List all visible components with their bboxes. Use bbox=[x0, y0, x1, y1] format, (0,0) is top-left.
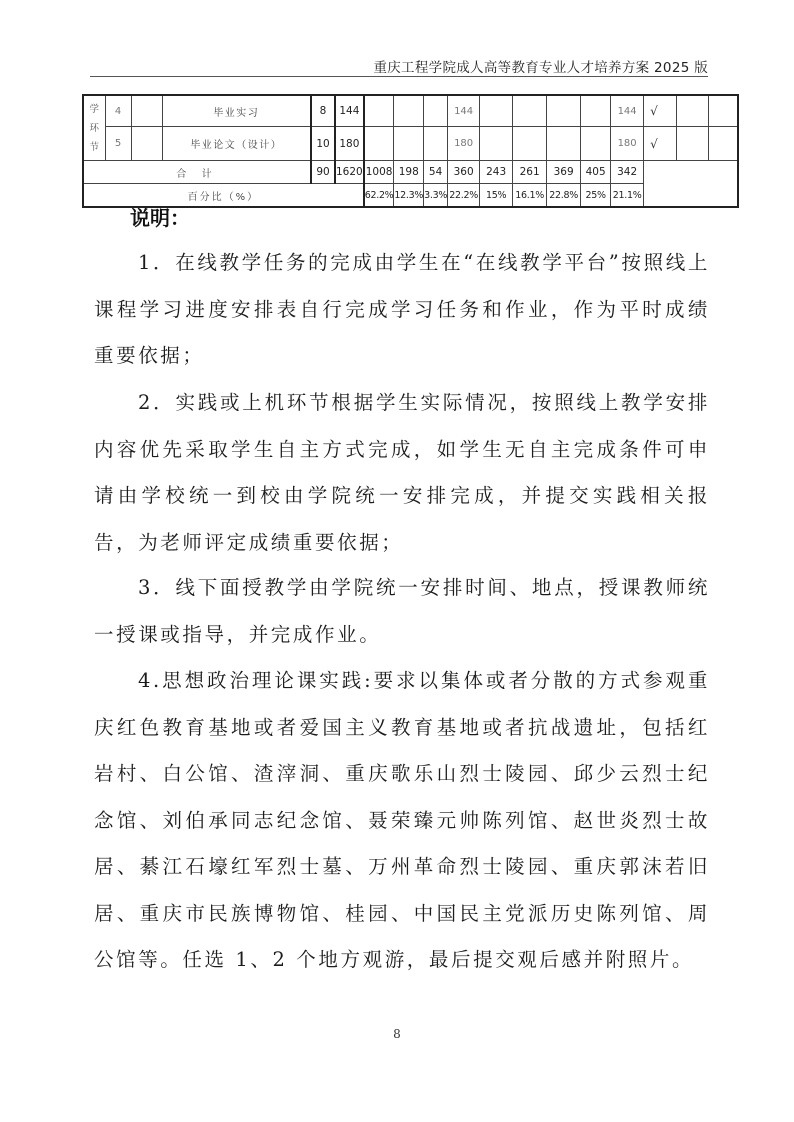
total-col-1: 1008 bbox=[364, 161, 394, 184]
extra-col-1 bbox=[677, 127, 709, 161]
percent-label: 百分比（%） bbox=[83, 184, 364, 208]
percent-col-1: 62.2% bbox=[364, 184, 394, 208]
category-char: 环 bbox=[84, 119, 105, 138]
hours-col-7 bbox=[547, 95, 581, 127]
category-char: 学 bbox=[84, 100, 105, 119]
category-cell: 学 环 节 bbox=[83, 95, 105, 161]
hours-col-2 bbox=[394, 95, 424, 127]
percent-col-9: 21.1% bbox=[611, 184, 644, 208]
hours-col-4: 144 bbox=[448, 95, 480, 127]
total-hours: 1620 bbox=[335, 161, 364, 184]
hours-col-7 bbox=[547, 127, 581, 161]
hours-col-1 bbox=[364, 127, 394, 161]
total-col-7: 369 bbox=[547, 161, 581, 184]
total-col-9: 342 bbox=[611, 161, 644, 184]
note-paragraph-4: 4.思想政治理论课实践:要求以集体或者分散的方式参观重庆红色教育基地或者爱国主义… bbox=[94, 658, 710, 984]
credits: 10 bbox=[311, 127, 335, 161]
hours-col-4: 180 bbox=[448, 127, 480, 161]
category-char: 节 bbox=[84, 138, 105, 157]
row-index: 4 bbox=[105, 95, 131, 127]
note-paragraph-1: 1．在线教学任务的完成由学生在“在线教学平台”按照线上课程学习进度安排表自行完成… bbox=[94, 240, 710, 380]
percent-col-2: 12.3% bbox=[394, 184, 424, 208]
percent-col-6: 16.1% bbox=[513, 184, 547, 208]
course-code bbox=[131, 95, 162, 127]
extra-col-2 bbox=[709, 127, 738, 161]
note-text: 3．线下面授教学由学院统一安排时间、地点，授课教师统一授课或指导，并完成作业。 bbox=[94, 576, 710, 646]
percent-col-7: 22.8% bbox=[547, 184, 581, 208]
percent-col-4: 22.2% bbox=[448, 184, 480, 208]
course-code bbox=[131, 127, 162, 161]
hours-col-6 bbox=[513, 127, 547, 161]
extra-col-1 bbox=[677, 95, 709, 127]
total-credits: 90 bbox=[311, 161, 335, 184]
hours-col-5 bbox=[480, 127, 513, 161]
total-col-3: 54 bbox=[424, 161, 448, 184]
document-title: 重庆工程学院成人高等教育专业人才培养方案 2025 版 bbox=[373, 56, 708, 76]
total-label: 合 计 bbox=[83, 161, 311, 184]
course-plan-table: 学 环 节 4 毕业实习 8 144 144 144 √ 5 毕业论文（设计） … bbox=[82, 94, 739, 208]
course-name: 毕业实习 bbox=[162, 95, 311, 127]
row-index: 5 bbox=[105, 127, 131, 161]
percent-col-3: 3.3% bbox=[424, 184, 448, 208]
checkmark-icon: √ bbox=[644, 127, 677, 161]
notes-heading: 说明： bbox=[130, 202, 190, 231]
percent-col-8: 25% bbox=[581, 184, 611, 208]
empty-merged-cell bbox=[644, 161, 738, 208]
checkmark-icon: √ bbox=[644, 95, 677, 127]
total-hours: 144 bbox=[335, 95, 364, 127]
hours-col-3 bbox=[424, 127, 448, 161]
extra-col-2 bbox=[709, 95, 738, 127]
note-text: 2．实践或上机环节根据学生实际情况，按照线上教学安排内容优先采取学生自主方式完成… bbox=[94, 391, 710, 554]
total-col-2: 198 bbox=[394, 161, 424, 184]
total-col-4: 360 bbox=[448, 161, 480, 184]
hours-col-9: 180 bbox=[611, 127, 644, 161]
hours-col-8 bbox=[581, 95, 611, 127]
hours-col-6 bbox=[513, 95, 547, 127]
hours-col-3 bbox=[424, 95, 448, 127]
total-col-5: 243 bbox=[480, 161, 513, 184]
hours-col-9: 144 bbox=[611, 95, 644, 127]
total-col-6: 261 bbox=[513, 161, 547, 184]
hours-col-5 bbox=[480, 95, 513, 127]
table-row-graduation-internship: 学 环 节 4 毕业实习 8 144 144 144 √ bbox=[83, 95, 738, 127]
note-text: 1．在线教学任务的完成由学生在“在线教学平台”按照线上课程学习进度安排表自行完成… bbox=[94, 251, 710, 367]
table-row-graduation-thesis: 5 毕业论文（设计） 10 180 180 180 √ bbox=[83, 127, 738, 161]
total-hours: 180 bbox=[335, 127, 364, 161]
hours-col-8 bbox=[581, 127, 611, 161]
note-text: 4.思想政治理论课实践:要求以集体或者分散的方式参观重庆红色教育基地或者爱国主义… bbox=[94, 669, 710, 971]
total-col-8: 405 bbox=[581, 161, 611, 184]
credits: 8 bbox=[311, 95, 335, 127]
table-row-total: 合 计 90 1620 1008 198 54 360 243 261 369 … bbox=[83, 161, 738, 184]
page-header: 重庆工程学院成人高等教育专业人才培养方案 2025 版 bbox=[90, 54, 708, 77]
note-paragraph-2: 2．实践或上机环节根据学生实际情况，按照线上教学安排内容优先采取学生自主方式完成… bbox=[94, 380, 710, 566]
hours-col-1 bbox=[364, 95, 394, 127]
note-paragraph-3: 3．线下面授教学由学院统一安排时间、地点，授课教师统一授课或指导，并完成作业。 bbox=[94, 565, 710, 658]
page-number: 8 bbox=[0, 1027, 794, 1041]
course-name: 毕业论文（设计） bbox=[162, 127, 311, 161]
hours-col-2 bbox=[394, 127, 424, 161]
percent-col-5: 15% bbox=[480, 184, 513, 208]
